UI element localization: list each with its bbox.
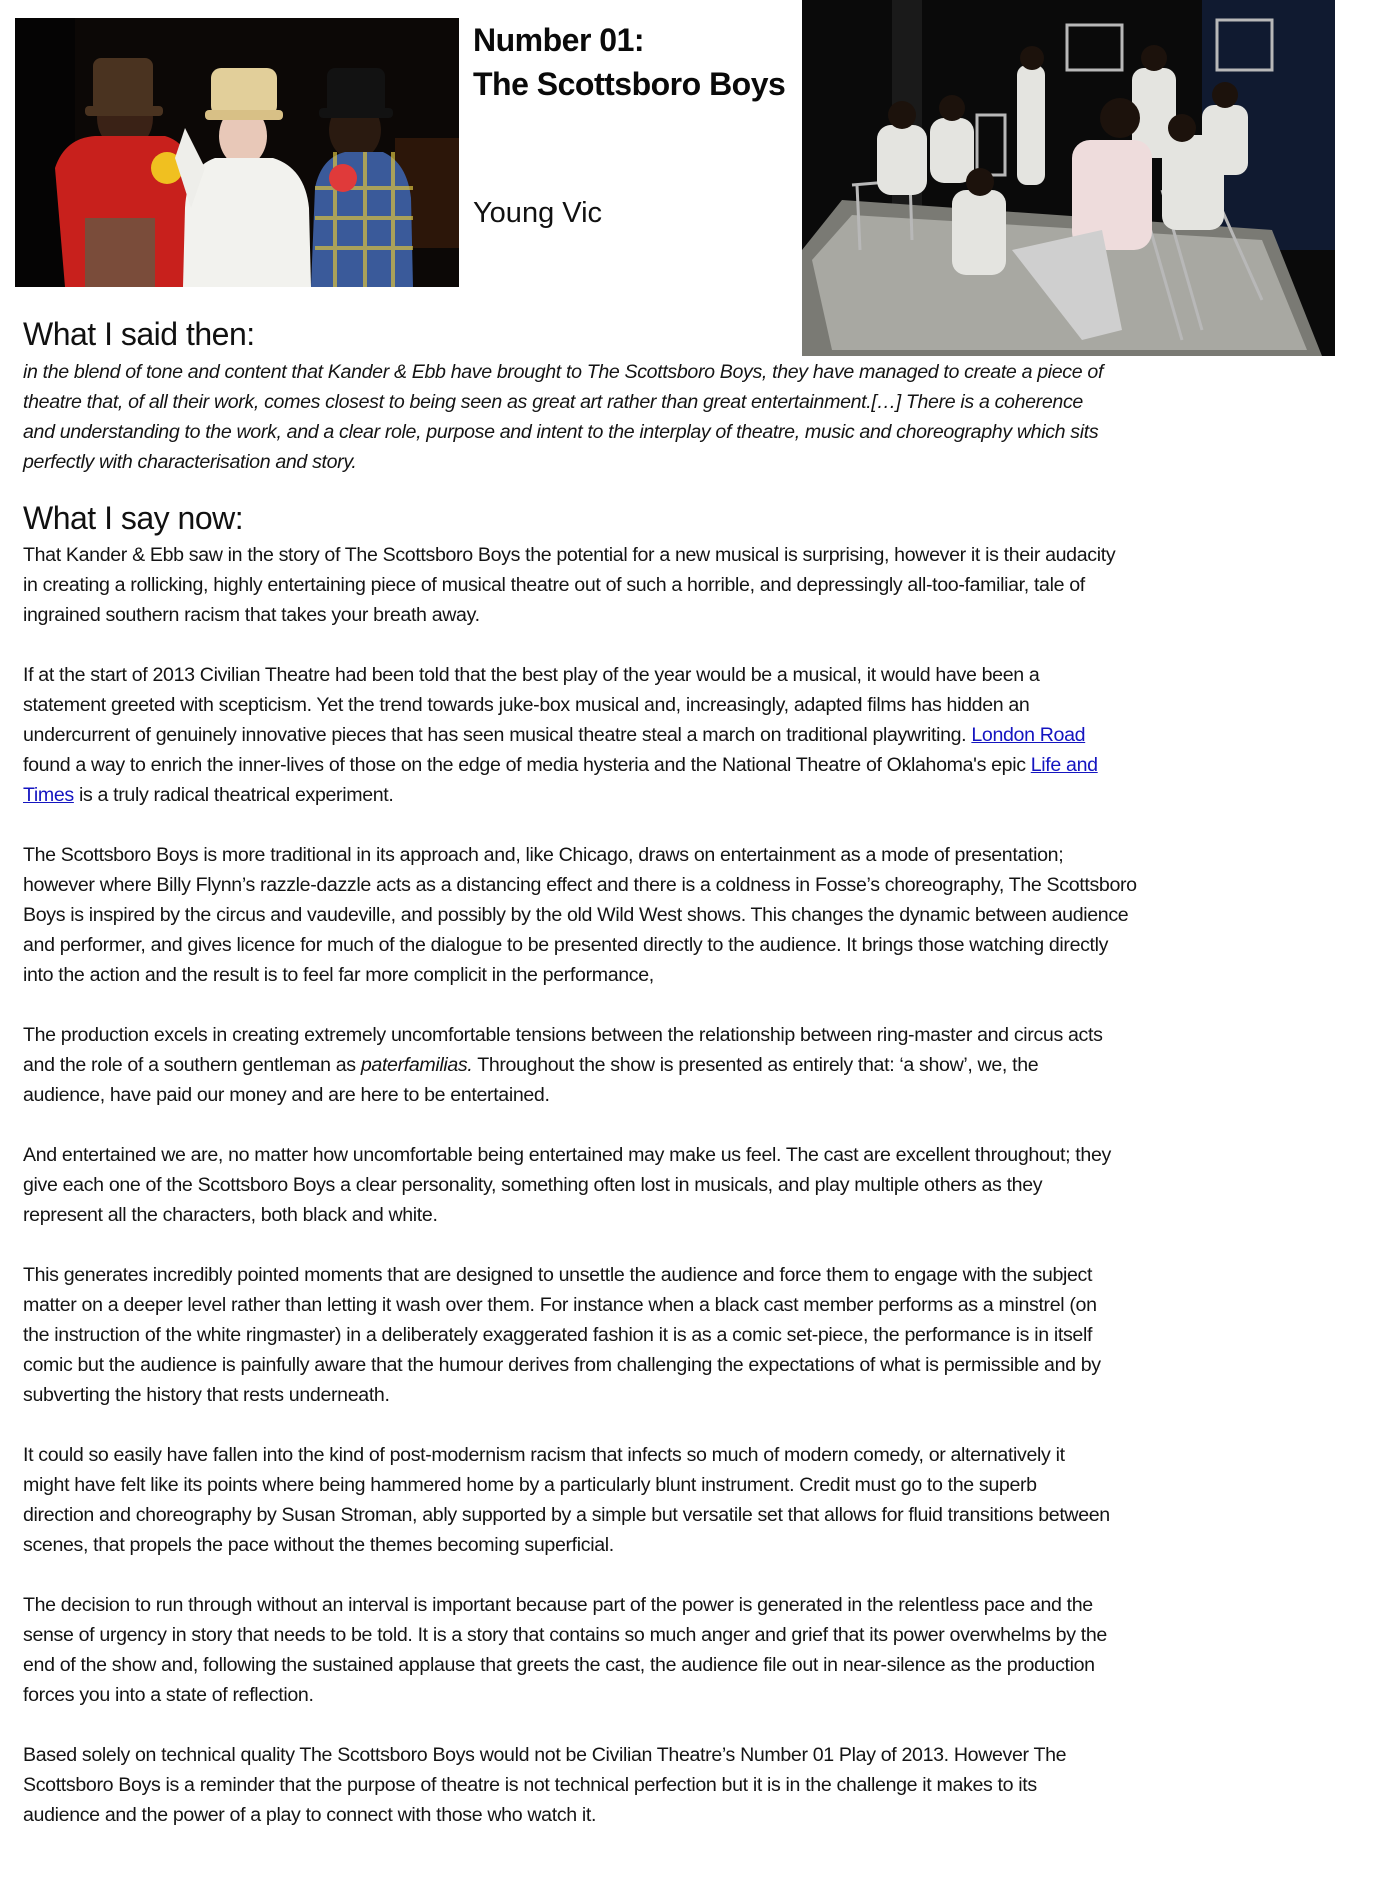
- paragraph-line: ingrained southern racism that takes you…: [23, 600, 1115, 630]
- production-photo-performers: [15, 18, 459, 287]
- paragraph-line: in creating a rollicking, highly enterta…: [23, 570, 1115, 600]
- paragraph-line: sense of urgency in story that needs to …: [23, 1620, 1107, 1650]
- paragraph-6: This generates incredibly pointed moment…: [23, 1260, 1101, 1410]
- paragraph-text: and the role of a southern gentleman as: [23, 1054, 361, 1076]
- paragraph-line: and performer, and gives licence for muc…: [23, 930, 1137, 960]
- paragraph-1: That Kander & Ebb saw in the story of Th…: [23, 540, 1115, 630]
- venue-label: Young Vic: [473, 199, 602, 228]
- paragraph-line: however where Billy Flynn’s razzle-dazzl…: [23, 870, 1137, 900]
- quote-line: perfectly with characterisation and stor…: [23, 447, 1103, 477]
- quote-line: and understanding to the work, and a cle…: [23, 417, 1103, 447]
- paragraph-5: And entertained we are, no matter how un…: [23, 1140, 1111, 1230]
- paragraph-8: The decision to run through without an i…: [23, 1590, 1107, 1710]
- cast-photo-illustration: [802, 0, 1335, 356]
- paragraph-line: The Scottsboro Boys is more traditional …: [23, 840, 1137, 870]
- quote-line: theatre that, of all their work, comes c…: [23, 387, 1103, 417]
- paragraph-line: matter on a deeper level rather than let…: [23, 1290, 1101, 1320]
- paragraph-text: is a truly radical theatrical experiment…: [74, 784, 394, 806]
- section-heading-then: What I said then:: [23, 318, 255, 350]
- paragraph-line: audience, have paid our money and are he…: [23, 1080, 1103, 1110]
- paragraph-line: forces you into a state of reflection.: [23, 1680, 1107, 1710]
- life-and-times-link-continued[interactable]: Times: [23, 784, 74, 806]
- paragraph-line: statement greeted with scepticism. Yet t…: [23, 690, 1098, 720]
- life-and-times-link[interactable]: Life and: [1031, 754, 1098, 776]
- paragraph-text: found a way to enrich the inner-lives of…: [23, 754, 1031, 776]
- emphasis-paterfamilias: paterfamilias.: [361, 1054, 473, 1076]
- paragraph-line: end of the show and, following the susta…: [23, 1650, 1107, 1680]
- paragraph-text: undercurrent of genuinely innovative pie…: [23, 724, 971, 746]
- paragraph-line: If at the start of 2013 Civilian Theatre…: [23, 660, 1098, 690]
- paragraph-line: into the action and the result is to fee…: [23, 960, 1137, 990]
- quote-line: in the blend of tone and content that Ka…: [23, 357, 1103, 387]
- paragraph-text: Throughout the show is presented as enti…: [472, 1054, 1038, 1076]
- section-heading-now: What I say now:: [23, 502, 243, 534]
- paragraph-7: It could so easily have fallen into the …: [23, 1440, 1110, 1560]
- then-quote: in the blend of tone and content that Ka…: [23, 357, 1103, 477]
- paragraph-line: And entertained we are, no matter how un…: [23, 1140, 1111, 1170]
- paragraph-line: That Kander & Ebb saw in the story of Th…: [23, 540, 1115, 570]
- paragraph-4: The production excels in creating extrem…: [23, 1020, 1103, 1110]
- paragraph-line: subverting the history that rests undern…: [23, 1380, 1101, 1410]
- paragraph-line: undercurrent of genuinely innovative pie…: [23, 720, 1098, 750]
- paragraph-line: The decision to run through without an i…: [23, 1590, 1107, 1620]
- paragraph-line: might have felt like its points where be…: [23, 1470, 1110, 1500]
- paragraph-line: comic but the audience is painfully awar…: [23, 1350, 1101, 1380]
- performers-photo-illustration: [15, 18, 459, 287]
- paragraph-line: Boys is inspired by the circus and vaude…: [23, 900, 1137, 930]
- paragraph-line: audience and the power of a play to conn…: [23, 1800, 1066, 1830]
- page-title-number: Number 01:: [473, 24, 644, 56]
- paragraph-line: Based solely on technical quality The Sc…: [23, 1740, 1066, 1770]
- paragraph-line: the instruction of the white ringmaster)…: [23, 1320, 1101, 1350]
- paragraph-line: It could so easily have fallen into the …: [23, 1440, 1110, 1470]
- paragraph-2: If at the start of 2013 Civilian Theatre…: [23, 660, 1098, 810]
- paragraph-line: give each one of the Scottsboro Boys a c…: [23, 1170, 1111, 1200]
- paragraph-line: This generates incredibly pointed moment…: [23, 1260, 1101, 1290]
- paragraph-3: The Scottsboro Boys is more traditional …: [23, 840, 1137, 990]
- production-photo-cast: [802, 0, 1335, 356]
- london-road-link[interactable]: London Road: [971, 724, 1085, 746]
- paragraph-line: direction and choreography by Susan Stro…: [23, 1500, 1110, 1530]
- paragraph-line: The production excels in creating extrem…: [23, 1020, 1103, 1050]
- paragraph-line: Times is a truly radical theatrical expe…: [23, 780, 1098, 810]
- paragraph-line: Scottsboro Boys is a reminder that the p…: [23, 1770, 1066, 1800]
- paragraph-line: and the role of a southern gentleman as …: [23, 1050, 1103, 1080]
- paragraph-line: represent all the characters, both black…: [23, 1200, 1111, 1230]
- paragraph-9: Based solely on technical quality The Sc…: [23, 1740, 1066, 1830]
- page-title-show: The Scottsboro Boys: [473, 68, 785, 100]
- paragraph-line: scenes, that propels the pace without th…: [23, 1530, 1110, 1560]
- paragraph-line: found a way to enrich the inner-lives of…: [23, 750, 1098, 780]
